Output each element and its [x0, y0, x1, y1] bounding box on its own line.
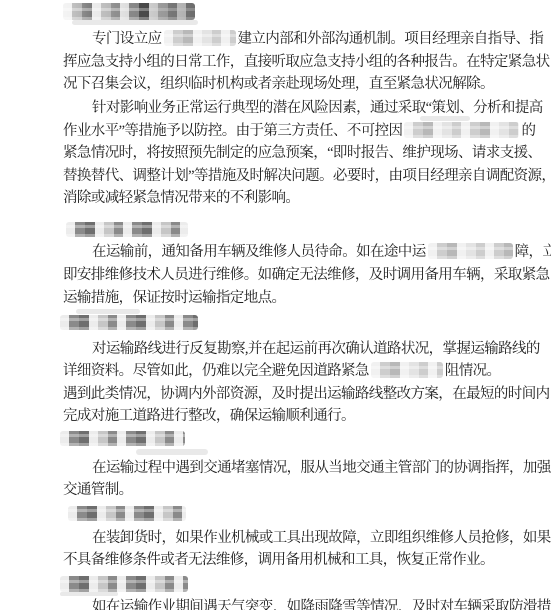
- text-run: 在装卸货时，如果作业机械或工具出现故障，立即组织维修人员抢修，如果: [92, 530, 551, 546]
- text-run: 详细资料。尽管如此，仍难以完全避免因道路紧急: [63, 363, 369, 379]
- doc-line: 专门设立应建立内部和外部沟通机制。项目经理亲自指导、指: [92, 29, 543, 49]
- text-run: 不具备维修条件或者无法维修，调用备用机械和工具，恢复正常作业。: [63, 552, 494, 568]
- doc-line: 况下召集会议，组织临时机构或者亲赴现场处理，直至紧急状况解除。: [63, 74, 494, 94]
- doc-line: 紧急情况时，将按照预先制定的应急预案，“即时报告、维护现场、请求支援、: [63, 143, 541, 163]
- text-run: 运输措施，保证按时运输指定地点。: [63, 290, 285, 306]
- text-run: 专门设立应: [92, 31, 162, 47]
- doc-line: 对运输路线进行反复勘察,并在起运前再次确认道路状况，掌握运输路线的: [92, 339, 540, 359]
- text-run: 替换替代、调整计划”等措施及时解决问题。必要时，由项目经理亲自调配资源，: [63, 168, 551, 184]
- text-run: 障，立: [515, 244, 551, 260]
- doc-line: 替换替代、调整计划”等措施及时解决问题。必要时，由项目经理亲自调配资源，: [63, 166, 551, 186]
- doc-line: 如在运输作业期间遇天气突变，如降雨降雪等情况，及时对车辆采取防滑措: [92, 597, 551, 610]
- doc-line: 针对影响业务正常运行典型的潜在风险因素，通过采取“策划、分析和提高: [92, 98, 543, 118]
- redacted-heading: [68, 506, 186, 521]
- doc-line: 挥应急支持小组的日常工作，直接听取应急支持小组的各种报告。在特定紧急状: [63, 52, 550, 72]
- inline-redaction: [371, 362, 443, 378]
- redacted-heading: [66, 222, 188, 237]
- text-run: 作业水平”等措施予以防控。由于第三方责任、不可控因: [63, 123, 402, 139]
- doc-line: 交通管制。: [63, 480, 133, 500]
- text-run: 针对影响业务正常运行典型的潜在风险因素，通过采取“策划、分析和提高: [92, 100, 543, 116]
- text-run: 挥应急支持小组的日常工作，直接听取应急支持小组的各种报告。在特定紧急状: [63, 54, 550, 70]
- doc-line: 即安排维修技术人员进行维修。如确定无法维修，及时调用备用车辆，采取紧急: [63, 265, 550, 285]
- text-run: 对运输路线进行反复勘察,并在起运前再次确认道路状况，掌握运输路线的: [92, 341, 540, 357]
- doc-line: 作业水平”等措施予以防控。由于第三方责任、不可控因的: [63, 121, 535, 141]
- text-run: 建立内部和外部沟通机制。项目经理亲自指导、指: [238, 31, 544, 47]
- doc-line: 详细资料。尽管如此，仍难以完全避免因道路紧急阻情况。: [63, 361, 500, 381]
- doc-line: 完成对施工道路进行整改，确保运输顺利通行。: [63, 406, 355, 426]
- redacted-heading: [60, 576, 188, 592]
- inline-redaction: [404, 122, 519, 138]
- text-run: 如在运输作业期间遇天气突变，如降雨降雪等情况，及时对车辆采取防滑措: [92, 599, 551, 610]
- text-run: 况下召集会议，组织临时机构或者亲赴现场处理，直至紧急状况解除。: [63, 76, 494, 92]
- redaction-fringe: [60, 592, 118, 596]
- text-run: 在运输前，通知备用车辆及维修人员待命。如在途中运: [92, 244, 426, 260]
- doc-line: 在运输过程中遇到交通堵塞情况，服从当地交通主管部门的协调指挥，加强: [92, 458, 551, 478]
- text-run: 即安排维修技术人员进行维修。如确定无法维修，及时调用备用车辆，采取紧急: [63, 267, 550, 283]
- redaction-fringe: [76, 309, 140, 314]
- text-run: 紧急情况时，将按照预先制定的应急预案，“即时报告、维护现场、请求支援、: [63, 145, 541, 161]
- text-run: 完成对施工道路进行整改，确保运输顺利通行。: [63, 408, 355, 424]
- document-page: 专门设立应建立内部和外部沟通机制。项目经理亲自指导、指挥应急支持小组的日常工作，…: [0, 0, 551, 610]
- text-run: 交通管制。: [63, 482, 133, 498]
- text-run: 的: [521, 123, 535, 139]
- text-run: 遇到此类情况，协调内外部资源，及时提出运输路线整改方案，在最短的时间内: [63, 386, 550, 402]
- text-run: 阻情况。: [445, 363, 501, 379]
- doc-line: 遇到此类情况，协调内外部资源，及时提出运输路线整改方案，在最短的时间内: [63, 384, 550, 404]
- doc-line: 不具备维修条件或者无法维修，调用备用机械和工具，恢复正常作业。: [63, 550, 494, 570]
- doc-line: 在运输前，通知备用车辆及维修人员待命。如在途中运障，立: [92, 242, 551, 262]
- redacted-title: [63, 3, 195, 20]
- redacted-title-fringe: [72, 20, 198, 25]
- redacted-heading: [60, 315, 198, 330]
- doc-line: 运输措施，保证按时运输指定地点。: [63, 288, 285, 308]
- inline-redaction: [164, 30, 236, 46]
- redaction-fringe: [136, 449, 208, 455]
- doc-line: 在装卸货时，如果作业机械或工具出现故障，立即组织维修人员抢修，如果: [92, 528, 551, 548]
- text-run: 消除或减轻紧急情况带来的不利影响。: [63, 190, 299, 206]
- text-run: 在运输过程中遇到交通堵塞情况，服从当地交通主管部门的协调指挥，加强: [92, 460, 551, 476]
- redacted-heading: [60, 431, 185, 446]
- doc-line: 消除或减轻紧急情况带来的不利影响。: [63, 188, 299, 208]
- inline-redaction: [428, 243, 513, 259]
